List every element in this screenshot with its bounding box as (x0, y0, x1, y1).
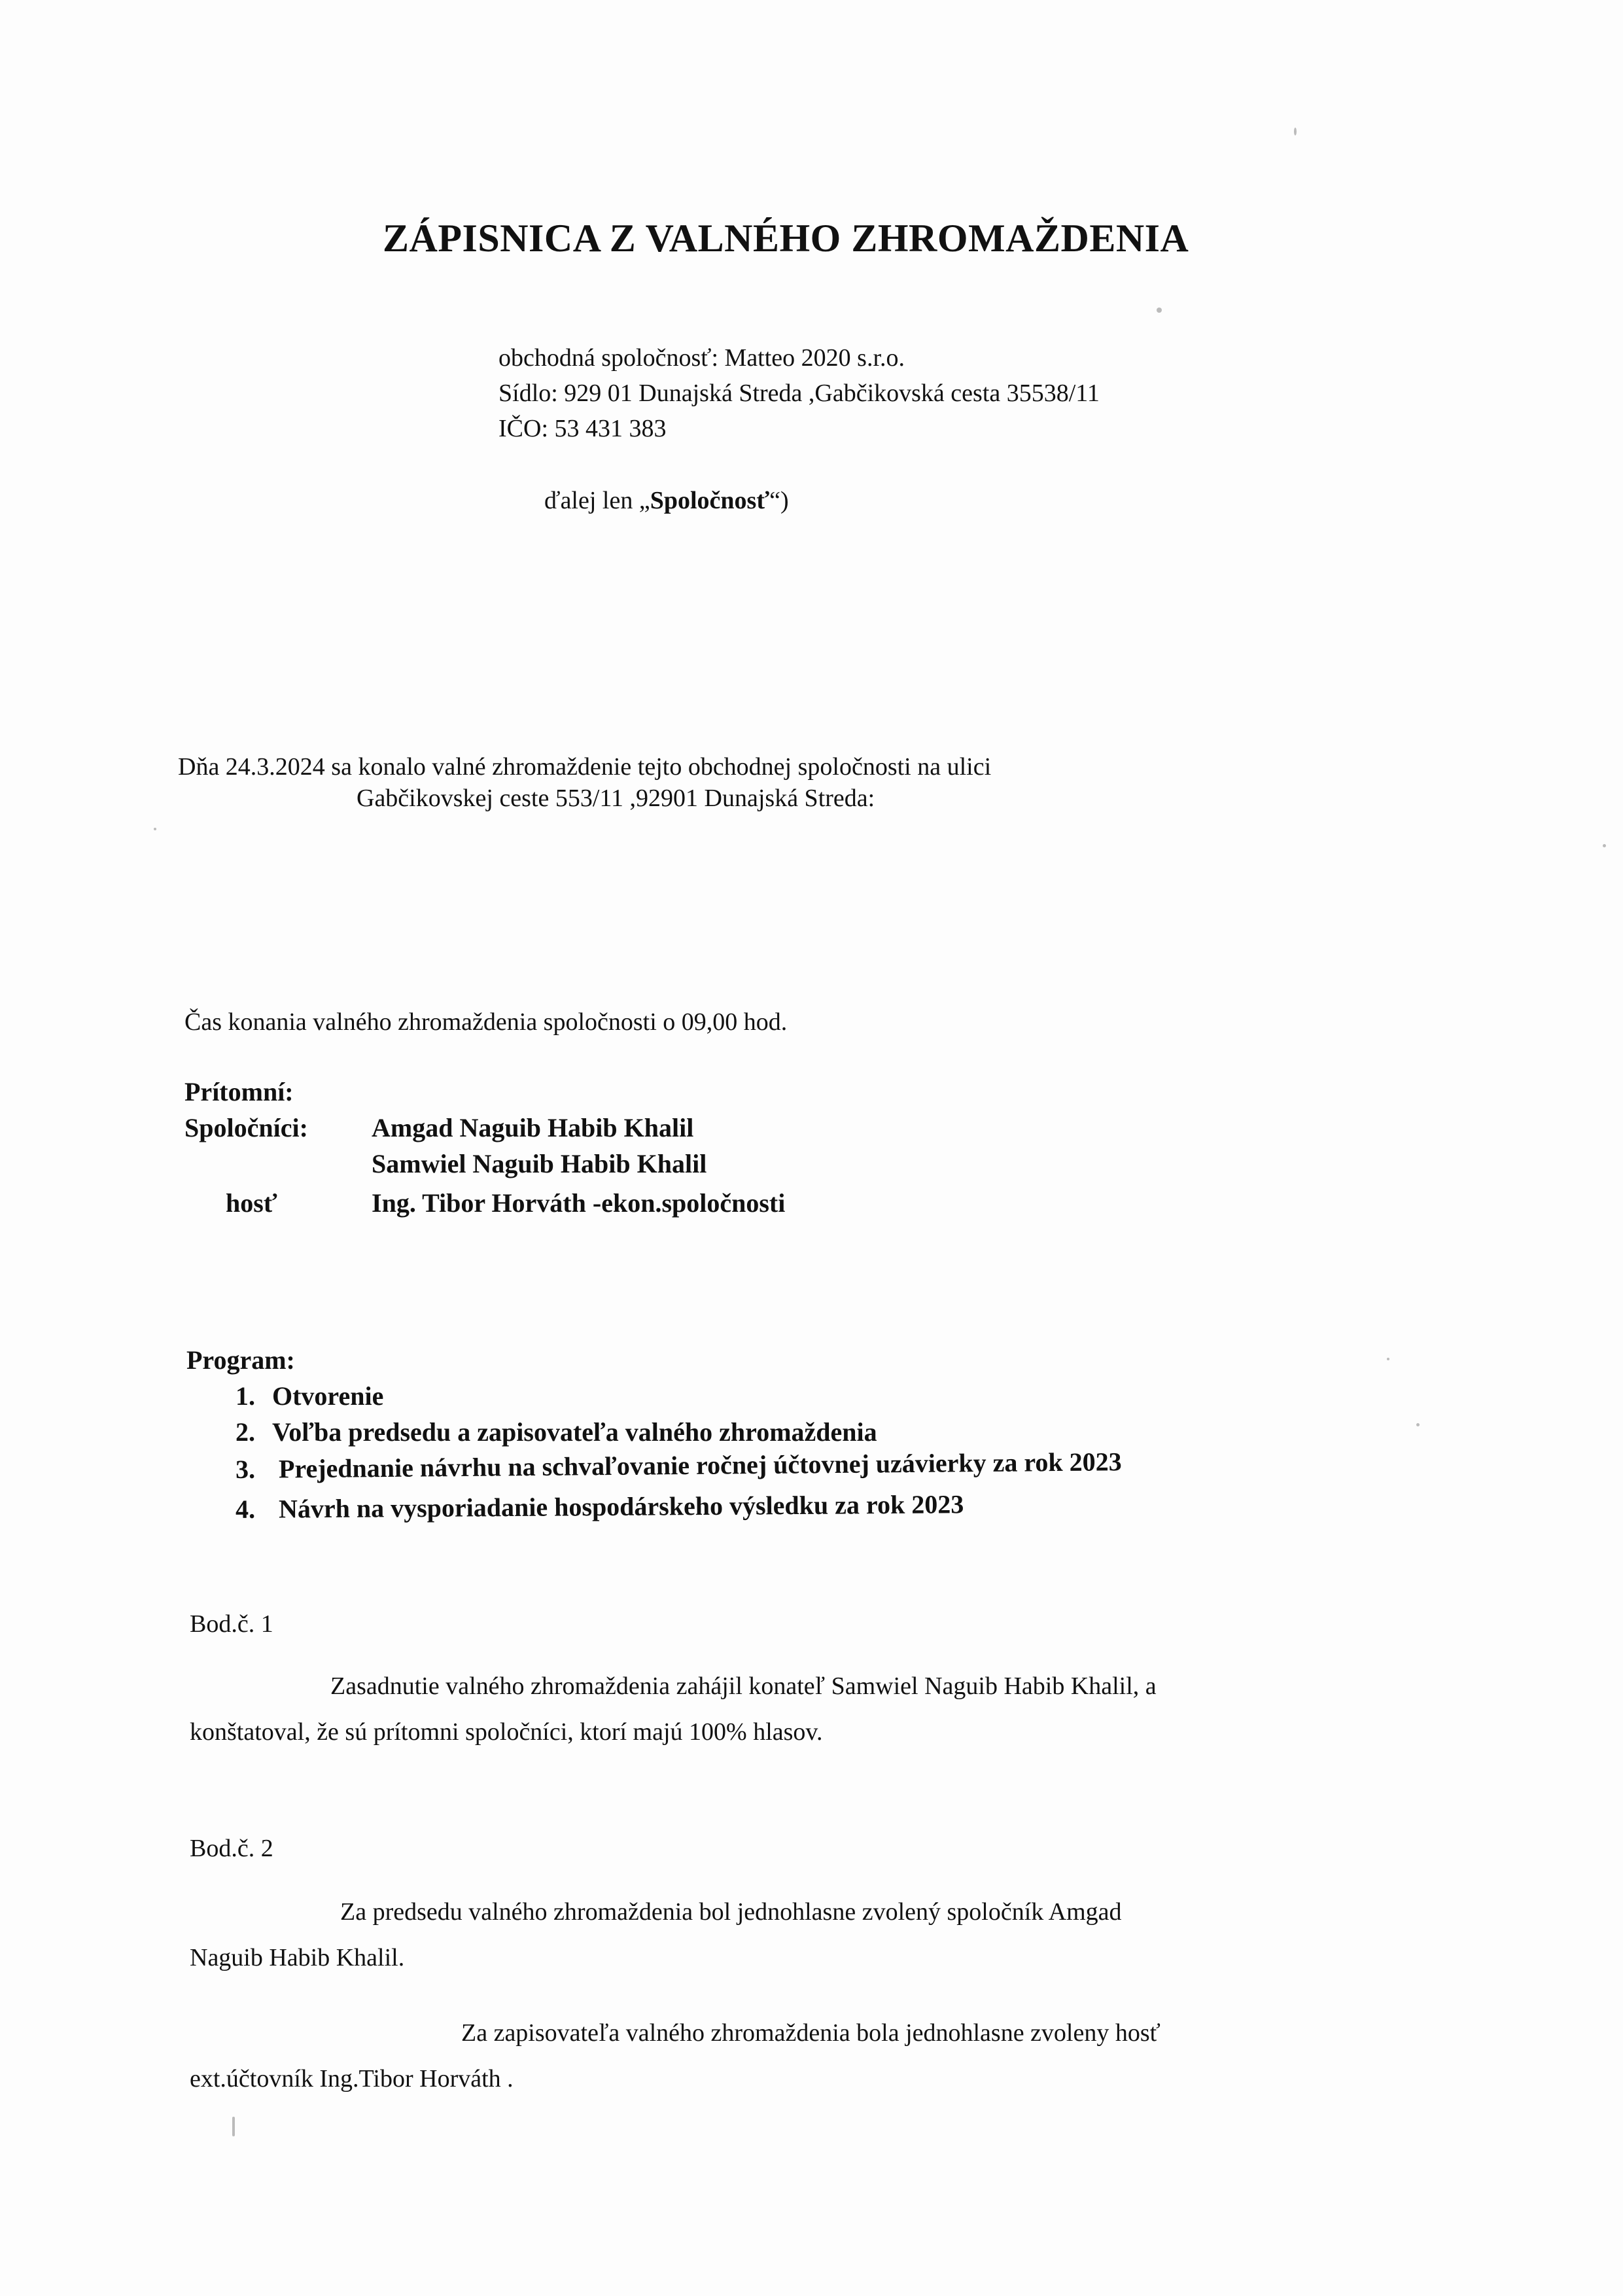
program-item: 3. Prejednanie návrhu na schvaľovanie ro… (236, 1446, 1122, 1485)
partner-name: Amgad Naguib Habib Khalil (372, 1112, 693, 1143)
program-item-text: Prejednanie návrhu na schvaľovanie ročne… (279, 1447, 1122, 1483)
point-2-text: ext.účtovník Ing.Tibor Horváth . (190, 2064, 514, 2093)
meeting-intro-line2: Gabčikovskej ceste 553/11 ,92901 Dunajsk… (357, 784, 875, 813)
scan-speck (1603, 844, 1606, 847)
meeting-intro-line1: Dňa 24.3.2024 sa konalo valné zhromažden… (178, 752, 991, 781)
scan-speck (1157, 308, 1162, 313)
point-1-text: konštatoval, že sú prítomni spoločníci, … (190, 1718, 822, 1746)
scan-speck (154, 828, 156, 830)
point-1-text: Zasadnutie valného zhromaždenia zahájil … (330, 1672, 1157, 1701)
program-item-text: Návrh na vysporiadanie hospodárskeho výs… (279, 1489, 964, 1523)
program-item-number: 1. (236, 1381, 255, 1411)
scan-speck (1294, 128, 1297, 135)
company-alias: ďalej len „Spoločnosť“) (544, 483, 789, 518)
program-item-number: 4. (236, 1494, 255, 1524)
point-2-heading: Bod.č. 2 (190, 1834, 273, 1863)
point-1-heading: Bod.č. 1 (190, 1610, 273, 1638)
alias-suffix: “) (769, 487, 789, 514)
alias-prefix: ďalej len „ (544, 487, 650, 514)
guest-name: Ing. Tibor Horváth -ekon.spoločnosti (372, 1188, 785, 1218)
point-2-text: Naguib Habib Khalil. (190, 1943, 404, 1972)
program-item-number: 2. (236, 1417, 255, 1447)
program-item: 1. Otvorenie (236, 1381, 383, 1411)
document-title: ZÁPISNICA Z VALNÉHO ZHROMAŽDENIA (383, 216, 1189, 261)
alias-name: Spoločnosť (650, 487, 769, 514)
partners-label: Spoločníci: (184, 1112, 308, 1143)
company-info: obchodná spoločnosť: Matteo 2020 s.r.o. … (498, 340, 1100, 446)
program-item-number: 3. (236, 1455, 255, 1484)
company-name: obchodná spoločnosť: Matteo 2020 s.r.o. (498, 340, 1100, 376)
program-item: 2. Voľba predsedu a zapisovateľa valného… (236, 1417, 877, 1447)
meeting-time: Čas konania valného zhromaždenia spoločn… (184, 1008, 787, 1036)
program-item: 4. Návrh na vysporiadanie hospodárskeho … (236, 1489, 964, 1525)
point-2-text: Za zapisovateľa valného zhromaždenia bol… (461, 2019, 1161, 2047)
partner-name: Samwiel Naguib Habib Khalil (372, 1148, 707, 1179)
program-heading: Program: (186, 1345, 295, 1375)
program-item-text: Otvorenie (272, 1381, 383, 1411)
point-2-text: Za predsedu valného zhromaždenia bol jed… (340, 1898, 1122, 1926)
company-ico: IČO: 53 431 383 (498, 411, 1100, 446)
scan-speck (1416, 1423, 1420, 1426)
company-seat: Sídlo: 929 01 Dunajská Streda ,Gabčikovs… (498, 376, 1100, 411)
scan-speck (1387, 1358, 1389, 1360)
program-item-text: Voľba predsedu a zapisovateľa valného zh… (272, 1417, 877, 1447)
attendance-heading: Prítomní: (184, 1076, 294, 1107)
scan-speck (232, 2117, 235, 2136)
document-page: ZÁPISNICA Z VALNÉHO ZHROMAŽDENIA obchodn… (0, 0, 1623, 2296)
guest-label: hosť (226, 1188, 277, 1218)
